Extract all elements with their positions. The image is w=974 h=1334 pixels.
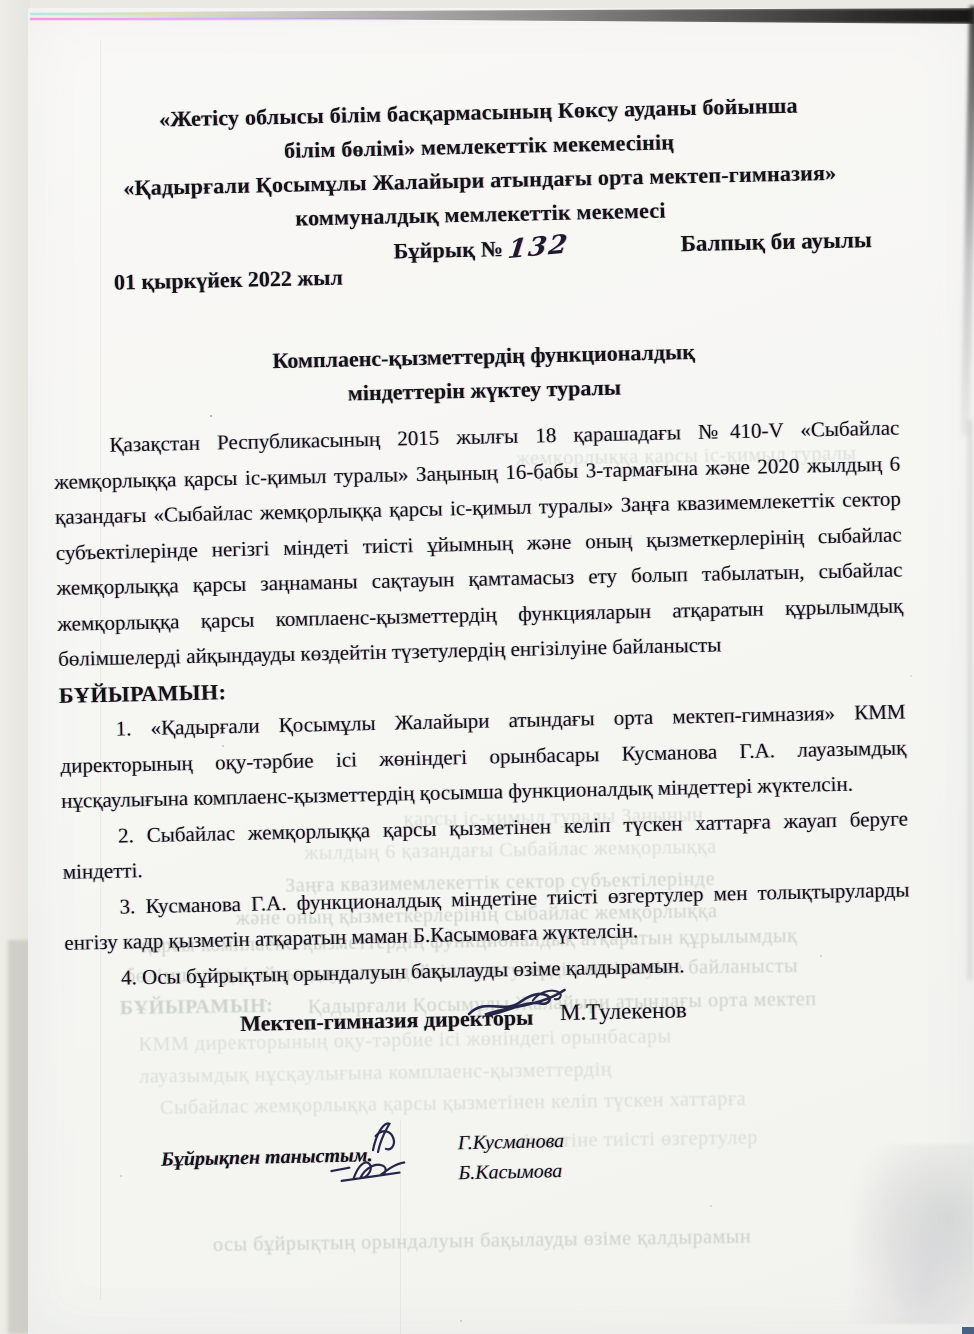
ghost-text-line: Сыбайлас жемқорлыққа қарсы қызметінен ке… [160,1088,747,1120]
scan-corner-mark [962,1327,974,1334]
director-signature-icon [462,978,573,1032]
acknowledgement-signature-2 [329,1151,430,1192]
acknowledgement-signature-2-icon [329,1151,430,1187]
scanned-document-page: жемқорлыққа қарсы іс-қимыл туралы қарсы … [0,0,974,1334]
handwritten-order-number: 132 [506,228,571,268]
preamble-paragraph: Қазақстан Республикасының 2015 жылғы 18 … [53,411,904,678]
date-line: 01 қыркүйек 2022 жыл [114,265,343,296]
document-title: Комплаенс-қызметтердің функционалдық мін… [53,330,914,417]
order-item-1: 1. «Қадырғали Қосымұлы Жалайыри атындағы… [59,694,907,819]
document-body: Қазақстан Республикасының 2015 жылғы 18 … [53,411,911,997]
ghost-text-line: осы бұйрықтың орындалуын бақылауды өзіме… [213,1226,752,1257]
acknowledgement-name-1: Г.Кусманова [458,1130,565,1155]
director-signature [462,978,573,1037]
order-label: Бұйрық № [393,236,503,263]
signature-name: М.Тулекенов [560,997,687,1026]
ghost-text-line: лауазымдық нұсқаулығына комплаенс-қызмет… [139,1058,612,1088]
document-content: жемқорлыққа қарсы іс-қимыл туралы қарсы … [0,0,974,1334]
acknowledgement-name-2: Б.Касымова [458,1160,562,1185]
